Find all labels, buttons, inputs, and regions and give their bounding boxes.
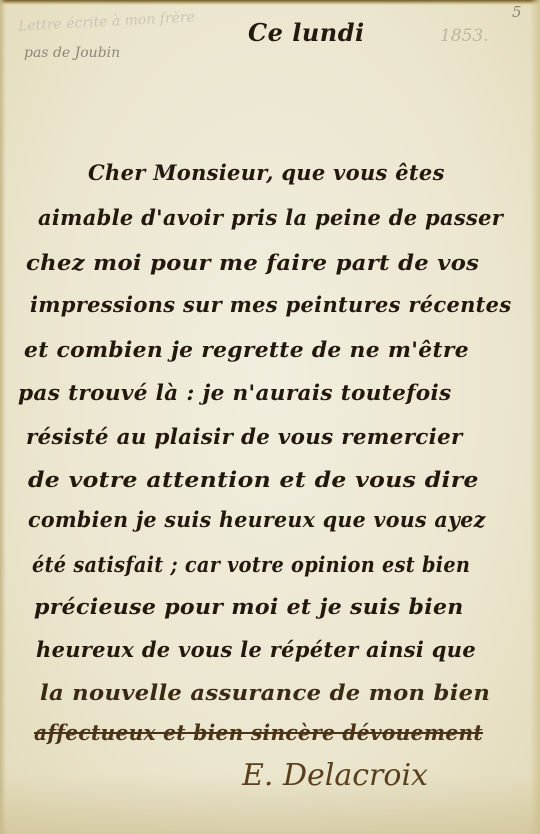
letter-line: impressions sur mes peintures récentes xyxy=(30,292,511,317)
year-annotation: 1853. xyxy=(440,26,489,46)
pencil-note: pas de Joubin xyxy=(24,45,120,61)
letter-line-struck: affectueux et bien sincère dévouement xyxy=(34,720,483,745)
pencil-note-faint: Lettre écrite à mon frère xyxy=(18,9,196,34)
letter-line: de votre attention et de vous dire xyxy=(28,467,479,492)
signature: E. Delacroix xyxy=(242,758,428,793)
letter-line: combien je suis heureux que vous ayez xyxy=(28,507,486,532)
letter-page: Lettre écrite à mon frère pas de Joubin … xyxy=(0,0,540,834)
letter-line: aimable d'avoir pris la peine de passer xyxy=(38,205,503,230)
page-top-edge xyxy=(0,0,540,5)
page-right-edge xyxy=(530,0,540,834)
page-number: 5 xyxy=(512,3,522,21)
letter-line: et combien je regrette de ne m'être xyxy=(24,337,469,362)
letter-line: heureux de vous le répéter ainsi que xyxy=(36,637,476,662)
letter-line: été satisfait ; car votre opinion est bi… xyxy=(32,552,470,577)
letter-line: chez moi pour me faire part de vos xyxy=(26,250,479,275)
page-left-edge xyxy=(0,0,6,834)
letter-line: la nouvelle assurance de mon bien xyxy=(40,680,490,705)
letter-line: résisté au plaisir de vous remercier xyxy=(26,424,463,449)
letter-line: précieuse pour moi et je suis bien xyxy=(34,594,464,619)
letter-line: pas trouvé là : je n'aurais toutefois xyxy=(18,380,452,405)
letter-line: Cher Monsieur, que vous êtes xyxy=(88,160,445,185)
dateline: Ce lundi xyxy=(248,18,365,47)
